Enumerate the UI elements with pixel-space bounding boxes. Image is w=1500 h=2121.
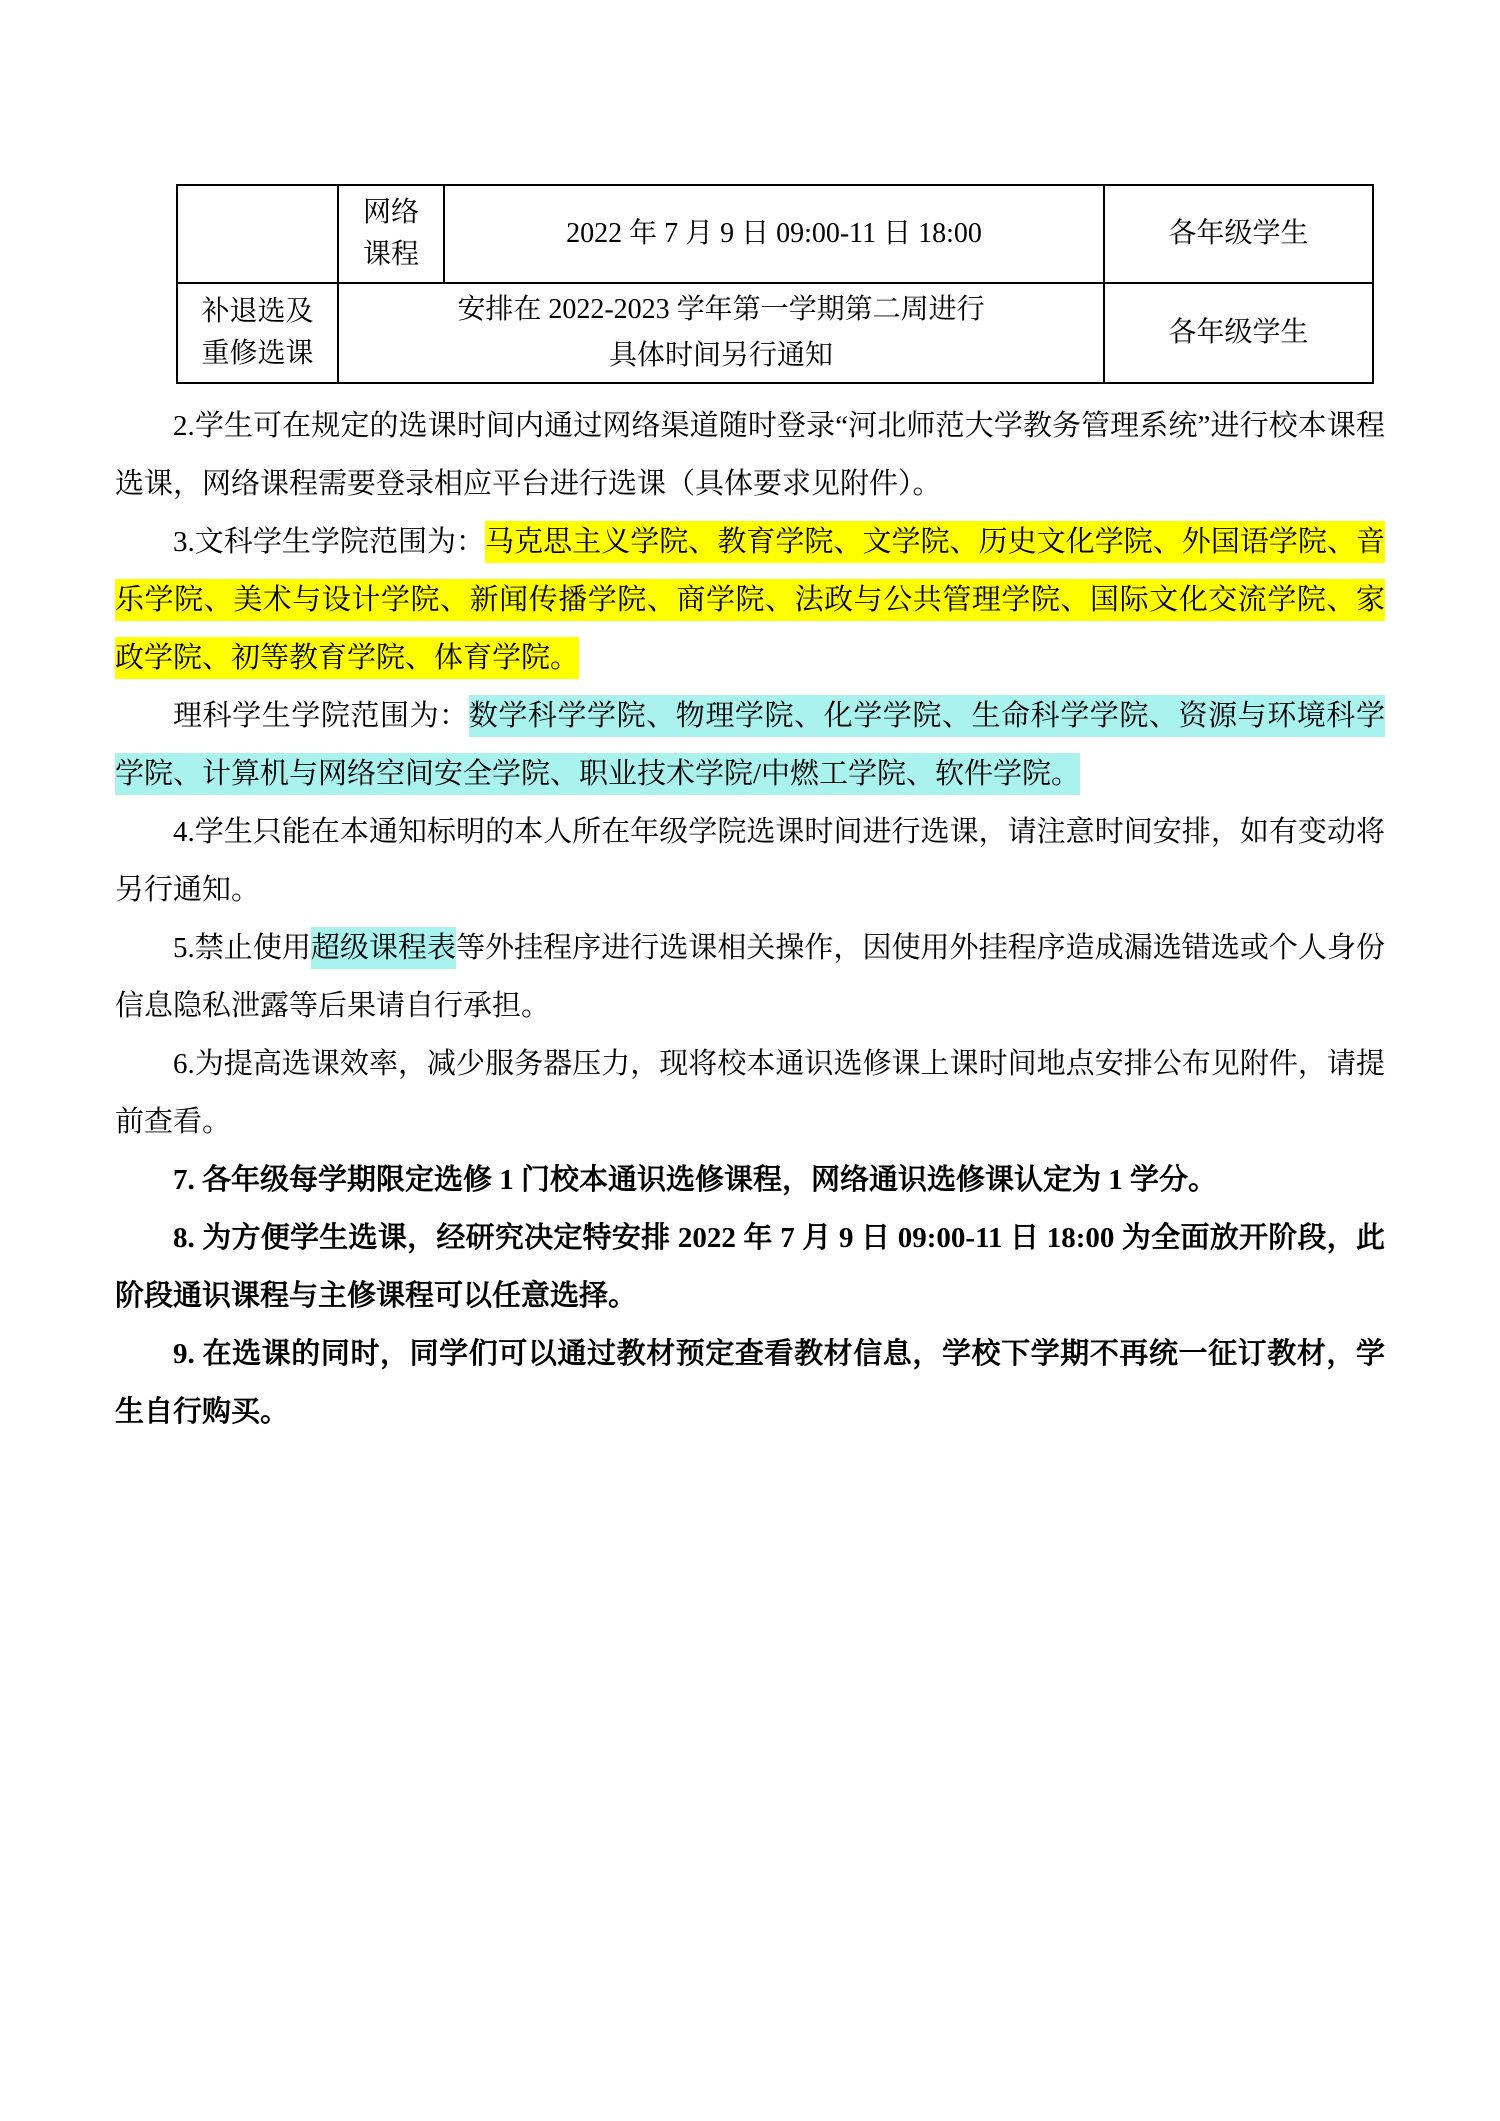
paragraph-5-prefix: 5.禁止使用 (173, 932, 311, 964)
category-label: 补退选及重修选课 (199, 291, 317, 375)
paragraph-science: 理科学生学院范围为：数学科学学院、物理学院、化学学院、生命科学学院、资源与环境科… (115, 687, 1385, 803)
table-row: 补退选及重修选课 安排在 2022-2023 学年第一学期第二周进行 具体时间另… (177, 283, 1373, 383)
paragraph-8: 8. 为方便学生选课，经研究决定特安排 2022 年 7 月 9 日 09:00… (115, 1209, 1385, 1325)
table-cell-course-type: 网络课程 (338, 185, 444, 283)
highlight-cyan-super-timetable: 超级课程表 (311, 927, 456, 969)
table-cell-category-empty (177, 185, 338, 283)
course-type-label: 网络课程 (360, 192, 422, 276)
table-cell-category: 补退选及重修选课 (177, 283, 338, 383)
table-cell-time: 2022 年 7 月 9 日 09:00-11 日 18:00 (444, 185, 1104, 283)
time-line-2: 具体时间另行通知 (339, 333, 1103, 379)
paragraph-5: 5.禁止使用超级课程表等外挂程序进行选课相关操作，因使用外挂程序造成漏选错选或个… (115, 919, 1385, 1035)
document-content: 网络课程 2022 年 7 月 9 日 09:00-11 日 18:00 各年级… (115, 184, 1385, 1441)
paragraph-7: 7. 各年级每学期限定选修 1 门校本通识选修课程，网络通识选修课认定为 1 学… (115, 1151, 1385, 1209)
paragraph-9: 9. 在选课的同时，同学们可以通过教材预定查看教材信息，学校下学期不再统一征订教… (115, 1325, 1385, 1441)
paragraph-6: 6.为提高选课效率，减少服务器压力，现将校本通识选修课上课时间地点安排公布见附件… (115, 1035, 1385, 1151)
paragraph-3-prefix: 3.文科学生学院范围为： (173, 526, 485, 558)
paragraph-4: 4.学生只能在本通知标明的本人所在年级学院选课时间进行选课，请注意时间安排，如有… (115, 803, 1385, 919)
table-cell-time: 安排在 2022-2023 学年第一学期第二周进行 具体时间另行通知 (338, 283, 1104, 383)
document-page: 网络课程 2022 年 7 月 9 日 09:00-11 日 18:00 各年级… (0, 0, 1500, 2121)
paragraph-science-prefix: 理科学生学院范围为： (173, 700, 469, 732)
paragraph-2: 2.学生可在规定的选课时间内通过网络渠道随时登录“河北师范大学教务管理系统”进行… (115, 397, 1385, 513)
table-cell-audience: 各年级学生 (1104, 185, 1373, 283)
table-row: 网络课程 2022 年 7 月 9 日 09:00-11 日 18:00 各年级… (177, 185, 1373, 283)
course-selection-table: 网络课程 2022 年 7 月 9 日 09:00-11 日 18:00 各年级… (176, 184, 1374, 384)
time-line-1: 安排在 2022-2023 学年第一学期第二周进行 (339, 287, 1103, 333)
paragraph-3: 3.文科学生学院范围为：马克思主义学院、教育学院、文学院、历史文化学院、外国语学… (115, 513, 1385, 687)
paragraph-list: 2.学生可在规定的选课时间内通过网络渠道随时登录“河北师范大学教务管理系统”进行… (115, 397, 1385, 1441)
table-cell-audience: 各年级学生 (1104, 283, 1373, 383)
